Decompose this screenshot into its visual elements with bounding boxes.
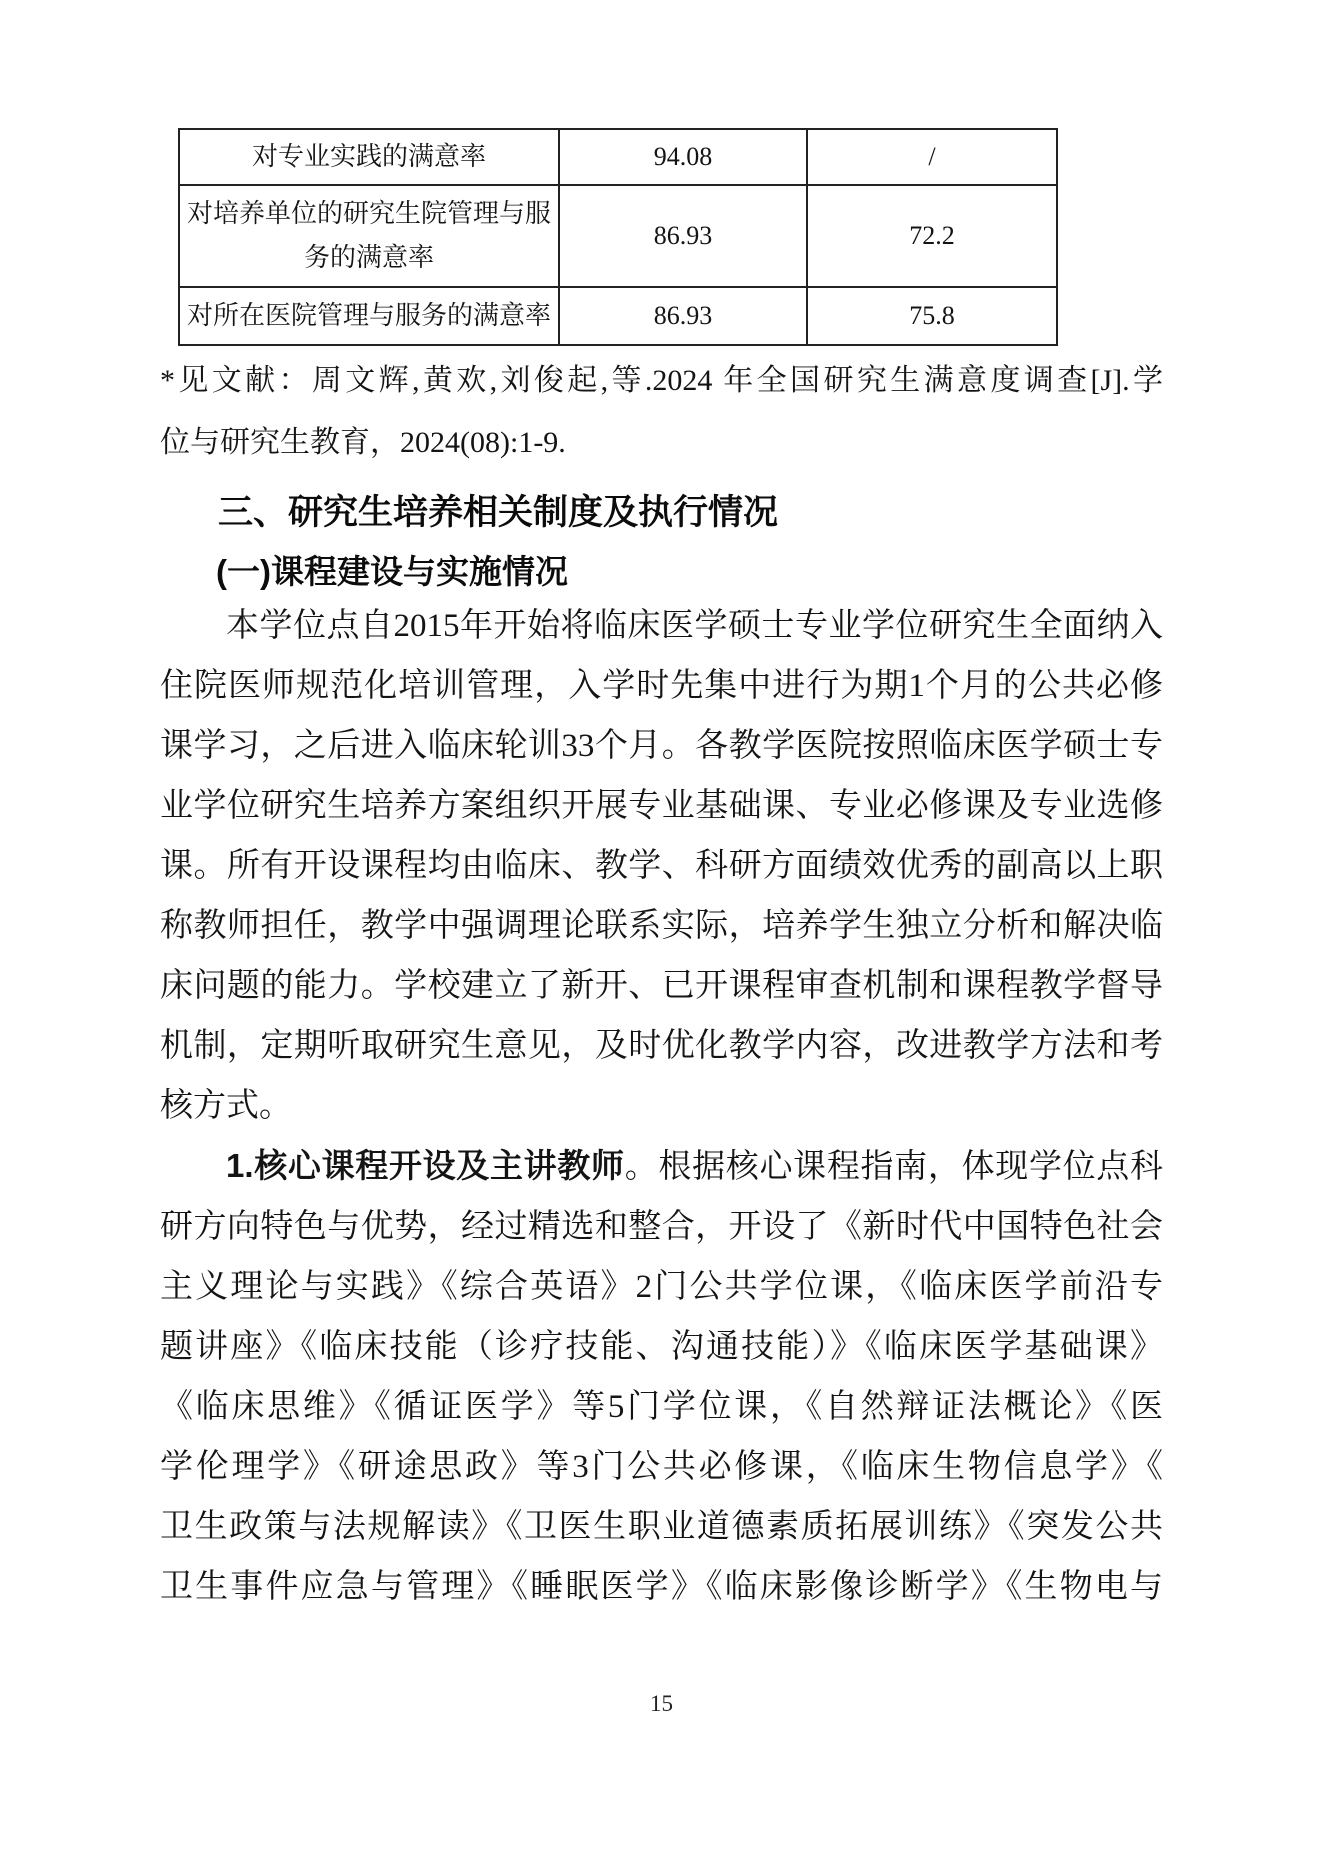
table-cell-value: / (807, 129, 1057, 185)
text-segment: 课。所有开设课程均由临床、教学、科研方面绩效优秀的副高以上职 (160, 848, 1163, 884)
text-segment: 。根据核心课程指南，体现学位点科 (625, 1149, 1163, 1185)
paragraph-line: 称教师担任，教学中强调理论联系实际，培养学生独立分析和解决临 (160, 896, 1163, 956)
footnote-line: 位与研究生教育，2024(08):1-9. (160, 412, 1163, 474)
text-segment: 研方向特色与优势，经过精选和整合，开设了《新时代中国特色社会 (160, 1209, 1163, 1245)
table-cell-value: 72.2 (807, 185, 1057, 287)
text-segment: 位与研究生教育，2024(08):1-9. (160, 426, 566, 459)
text-segment: 住院医师规范化培训管理，入学时先集中进行为期1个月的公共必修 (160, 668, 1163, 704)
text-segment: 卫生事件应急与管理》《睡眠医学》《临床影像诊断学》《生物电与 (160, 1569, 1163, 1605)
paragraph-line: 课。所有开设课程均由临床、教学、科研方面绩效优秀的副高以上职 (160, 836, 1163, 896)
text-segment: 《临床思维》《循证医学》等5门学位课，《自然辩证法概论》《医 (160, 1389, 1163, 1425)
text-segment: 业学位研究生培养方案组织开展专业基础课、专业必修课及专业选修 (160, 788, 1163, 824)
table-cell-value: 75.8 (807, 287, 1057, 345)
paragraph-1: 本学位点自2015年开始将临床医学硕士专业学位研究生全面纳入住院医师规范化培训管… (160, 596, 1163, 1136)
bold-lead-text: 1.核心课程开设及主讲教师 (226, 1147, 625, 1184)
footnote: *见文献：周文辉,黄欢,刘俊起,等.2024 年全国研究生满意度调查[J].学位… (160, 350, 1163, 474)
table-cell-label: 对专业实践的满意率 (179, 129, 559, 185)
page-content: 对专业实践的满意率94.08/对培养单位的研究生院管理与服务的满意率86.937… (0, 0, 1323, 1719)
text-segment: 床问题的能力。学校建立了新开、已开课程审查机制和课程教学督导 (160, 968, 1163, 1004)
table-row: 对培养单位的研究生院管理与服务的满意率86.9372.2 (179, 185, 1057, 287)
footnote-line: *见文献：周文辉,黄欢,刘俊起,等.2024 年全国研究生满意度调查[J].学 (160, 350, 1163, 412)
paragraph-line: 卫生政策与法规解读》《卫医生职业道德素质拓展训练》《突发公共 (160, 1497, 1163, 1557)
section-heading: 三、研究生培养相关制度及执行情况 (218, 488, 1163, 538)
table-cell-label: 对培养单位的研究生院管理与服务的满意率 (179, 185, 559, 287)
paragraph-line: 本学位点自2015年开始将临床医学硕士专业学位研究生全面纳入 (160, 596, 1163, 656)
paragraph-line: 1.核心课程开设及主讲教师。根据核心课程指南，体现学位点科 (160, 1136, 1163, 1197)
paragraph-line: 学伦理学》《研途思政》等3门公共必修课，《临床生物信息学》《 (160, 1437, 1163, 1497)
paragraph-line: 课学习，之后进入临床轮训33个月。各教学医院按照临床医学硕士专 (160, 716, 1163, 776)
table-cell-value: 86.93 (559, 185, 807, 287)
paragraph-line: 《临床思维》《循证医学》等5门学位课，《自然辩证法概论》《医 (160, 1377, 1163, 1437)
text-segment: 学伦理学》《研途思政》等3门公共必修课，《临床生物信息学》《 (160, 1449, 1163, 1485)
page-number: 15 (160, 1689, 1163, 1719)
text-segment: 主义理论与实践》《综合英语》2门公共学位课，《临床医学前沿专 (160, 1269, 1163, 1305)
paragraph-2: 1.核心课程开设及主讲教师。根据核心课程指南，体现学位点科研方向特色与优势，经过… (160, 1136, 1163, 1617)
text-segment: 称教师担任，教学中强调理论联系实际，培养学生独立分析和解决临 (160, 908, 1163, 944)
paragraph-line: 核方式。 (160, 1076, 1163, 1136)
text-segment: 卫生政策与法规解读》《卫医生职业道德素质拓展训练》《突发公共 (160, 1509, 1163, 1545)
paragraph-line: 业学位研究生培养方案组织开展专业基础课、专业必修课及专业选修 (160, 776, 1163, 836)
paragraph-line: 机制，定期听取研究生意见，及时优化教学内容，改进教学方法和考 (160, 1016, 1163, 1076)
table-row: 对专业实践的满意率94.08/ (179, 129, 1057, 185)
paragraph-line: 住院医师规范化培训管理，入学时先集中进行为期1个月的公共必修 (160, 656, 1163, 716)
document-page: 对专业实践的满意率94.08/对培养单位的研究生院管理与服务的满意率86.937… (0, 0, 1323, 1871)
body-paragraphs: 本学位点自2015年开始将临床医学硕士专业学位研究生全面纳入住院医师规范化培训管… (160, 596, 1163, 1617)
text-segment: *见文献：周文辉,黄欢,刘俊起,等.2024 年全国研究生满意度调查[J].学 (160, 364, 1163, 397)
text-segment: 本学位点自2015年开始将临床医学硕士专业学位研究生全面纳入 (226, 608, 1163, 644)
table-cell-label: 对所在医院管理与服务的满意率 (179, 287, 559, 345)
satisfaction-table: 对专业实践的满意率94.08/对培养单位的研究生院管理与服务的满意率86.937… (178, 128, 1058, 346)
table-cell-value: 94.08 (559, 129, 807, 185)
satisfaction-table-body: 对专业实践的满意率94.08/对培养单位的研究生院管理与服务的满意率86.937… (179, 129, 1057, 345)
text-segment: 课学习，之后进入临床轮训33个月。各教学医院按照临床医学硕士专 (160, 728, 1163, 764)
paragraph-line: 研方向特色与优势，经过精选和整合，开设了《新时代中国特色社会 (160, 1197, 1163, 1257)
paragraph-line: 主义理论与实践》《综合英语》2门公共学位课，《临床医学前沿专 (160, 1257, 1163, 1317)
paragraph-line: 卫生事件应急与管理》《睡眠医学》《临床影像诊断学》《生物电与 (160, 1557, 1163, 1617)
table-cell-value: 86.93 (559, 287, 807, 345)
table-row: 对所在医院管理与服务的满意率86.9375.8 (179, 287, 1057, 345)
text-segment: 题讲座》《临床技能（诊疗技能、沟通技能）》《临床医学基础课》 (160, 1329, 1163, 1365)
subsection-heading: (一)课程建设与实施情况 (216, 548, 1163, 596)
text-segment: 核方式。 (160, 1088, 292, 1124)
paragraph-line: 题讲座》《临床技能（诊疗技能、沟通技能）》《临床医学基础课》 (160, 1317, 1163, 1377)
text-segment: 机制，定期听取研究生意见，及时优化教学内容，改进教学方法和考 (160, 1028, 1163, 1064)
paragraph-line: 床问题的能力。学校建立了新开、已开课程审查机制和课程教学督导 (160, 956, 1163, 1016)
